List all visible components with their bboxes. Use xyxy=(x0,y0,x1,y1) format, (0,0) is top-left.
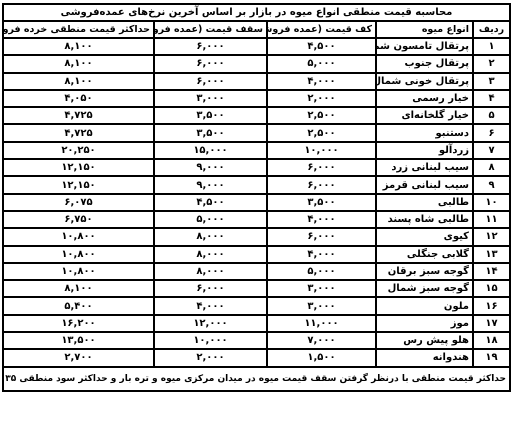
cell-ceiling-price: ۳,۵۰۰ xyxy=(154,124,267,141)
cell-max-retail-price: ۴,۰۵۰ xyxy=(3,90,154,107)
cell-max-retail-price: ۶,۷۵۰ xyxy=(3,211,154,228)
table-footnote-row: حداکثر قیمت منطقی با درنظر گرفتن سقف قیم… xyxy=(3,367,510,391)
cell-ceiling-price: ۵,۰۰۰ xyxy=(154,211,267,228)
cell-floor-price: ۴,۰۰۰ xyxy=(267,246,376,263)
cell-floor-price: ۴,۵۰۰ xyxy=(267,38,376,55)
cell-floor-price: ۶,۰۰۰ xyxy=(267,228,376,245)
cell-row-number: ۸ xyxy=(473,159,510,176)
cell-fruit-name: طالبی xyxy=(376,194,473,211)
cell-row-number: ۳ xyxy=(473,73,510,90)
cell-fruit-name: پرتقال خونی شمال xyxy=(376,73,473,90)
header-cell-max-retail-price: حداکثر قیمت منطقی خرده فروشی xyxy=(3,21,154,38)
cell-floor-price: ۴,۰۰۰ xyxy=(267,73,376,90)
cell-floor-price: ۲,۵۰۰ xyxy=(267,107,376,124)
cell-floor-price: ۳,۰۰۰ xyxy=(267,297,376,314)
price-table-body: ۱پرتقال تامسون شمال۴,۵۰۰۶,۰۰۰۸,۱۰۰۲پرتقا… xyxy=(3,38,510,367)
cell-max-retail-price: ۴,۷۲۵ xyxy=(3,107,154,124)
cell-floor-price: ۳,۵۰۰ xyxy=(267,194,376,211)
table-row: ۱پرتقال تامسون شمال۴,۵۰۰۶,۰۰۰۸,۱۰۰ xyxy=(3,38,510,55)
table-row: ۸سیب لبنانی زرد۶,۰۰۰۹,۰۰۰۱۲,۱۵۰ xyxy=(3,159,510,176)
table-row: ۱۵گوجه سبز شمال۳,۰۰۰۶,۰۰۰۸,۱۰۰ xyxy=(3,280,510,297)
cell-fruit-name: زردآلو xyxy=(376,142,473,159)
table-row: ۱۴گوجه سبز برقان۵,۰۰۰۸,۰۰۰۱۰,۸۰۰ xyxy=(3,263,510,280)
footnote: حداکثر قیمت منطقی با درنظر گرفتن سقف قیم… xyxy=(3,367,510,391)
cell-row-number: ۱۳ xyxy=(473,246,510,263)
fruit-price-table: محاسبه قیمت منطقی انواع میوه در بازار بر… xyxy=(2,3,511,392)
table-row: ۷زردآلو۱۰,۰۰۰۱۵,۰۰۰۲۰,۲۵۰ xyxy=(3,142,510,159)
table-row: ۳پرتقال خونی شمال۴,۰۰۰۶,۰۰۰۸,۱۰۰ xyxy=(3,73,510,90)
cell-max-retail-price: ۱۰,۸۰۰ xyxy=(3,228,154,245)
cell-row-number: ۱۹ xyxy=(473,349,510,366)
table-title-row: محاسبه قیمت منطقی انواع میوه در بازار بر… xyxy=(3,4,510,21)
cell-ceiling-price: ۴,۰۰۰ xyxy=(154,297,267,314)
cell-max-retail-price: ۱۲,۱۵۰ xyxy=(3,176,154,193)
cell-ceiling-price: ۸,۰۰۰ xyxy=(154,246,267,263)
cell-ceiling-price: ۶,۰۰۰ xyxy=(154,38,267,55)
cell-floor-price: ۱۰,۰۰۰ xyxy=(267,142,376,159)
header-cell-floor-price: کف قیمت (عمده فروشی) xyxy=(267,21,376,38)
cell-ceiling-price: ۱۲,۰۰۰ xyxy=(154,315,267,332)
cell-row-number: ۱۵ xyxy=(473,280,510,297)
table-row: ۹سیب لبنانی قرمز۶,۰۰۰۹,۰۰۰۱۲,۱۵۰ xyxy=(3,176,510,193)
table-row: ۱۳گلابی جنگلی۴,۰۰۰۸,۰۰۰۱۰,۸۰۰ xyxy=(3,246,510,263)
cell-max-retail-price: ۱۰,۸۰۰ xyxy=(3,263,154,280)
cell-ceiling-price: ۲,۰۰۰ xyxy=(154,349,267,366)
cell-fruit-name: پرتقال جنوب xyxy=(376,55,473,72)
cell-row-number: ۱ xyxy=(473,38,510,55)
cell-max-retail-price: ۸,۱۰۰ xyxy=(3,73,154,90)
cell-row-number: ۴ xyxy=(473,90,510,107)
cell-max-retail-price: ۶,۰۷۵ xyxy=(3,194,154,211)
cell-max-retail-price: ۱۲,۱۵۰ xyxy=(3,159,154,176)
cell-ceiling-price: ۴,۵۰۰ xyxy=(154,194,267,211)
cell-row-number: ۲ xyxy=(473,55,510,72)
cell-ceiling-price: ۸,۰۰۰ xyxy=(154,263,267,280)
cell-floor-price: ۱۱,۰۰۰ xyxy=(267,315,376,332)
cell-max-retail-price: ۸,۱۰۰ xyxy=(3,38,154,55)
cell-ceiling-price: ۱۰,۰۰۰ xyxy=(154,332,267,349)
cell-ceiling-price: ۳,۵۰۰ xyxy=(154,107,267,124)
cell-ceiling-price: ۹,۰۰۰ xyxy=(154,176,267,193)
cell-row-number: ۹ xyxy=(473,176,510,193)
cell-floor-price: ۲,۵۰۰ xyxy=(267,124,376,141)
cell-row-number: ۵ xyxy=(473,107,510,124)
table-row: ۴خیار رسمی۲,۰۰۰۳,۰۰۰۴,۰۵۰ xyxy=(3,90,510,107)
cell-fruit-name: دستنبو xyxy=(376,124,473,141)
table-row: ۱۱طالبی شاه پسند۴,۰۰۰۵,۰۰۰۶,۷۵۰ xyxy=(3,211,510,228)
cell-max-retail-price: ۸,۱۰۰ xyxy=(3,280,154,297)
fruit-price-page: محاسبه قیمت منطقی انواع میوه در بازار بر… xyxy=(0,0,513,435)
cell-max-retail-price: ۲۰,۲۵۰ xyxy=(3,142,154,159)
cell-max-retail-price: ۱۳,۵۰۰ xyxy=(3,332,154,349)
cell-fruit-name: خیار رسمی xyxy=(376,90,473,107)
cell-fruit-name: گوجه سبز شمال xyxy=(376,280,473,297)
cell-row-number: ۱۶ xyxy=(473,297,510,314)
cell-fruit-name: پرتقال تامسون شمال xyxy=(376,38,473,55)
cell-fruit-name: خیار گلخانه‌ای xyxy=(376,107,473,124)
cell-ceiling-price: ۹,۰۰۰ xyxy=(154,159,267,176)
cell-max-retail-price: ۲,۷۰۰ xyxy=(3,349,154,366)
table-row: ۱۲کیوی۶,۰۰۰۸,۰۰۰۱۰,۸۰۰ xyxy=(3,228,510,245)
cell-fruit-name: ملون xyxy=(376,297,473,314)
cell-floor-price: ۲,۰۰۰ xyxy=(267,90,376,107)
table-row: ۶دستنبو۲,۵۰۰۳,۵۰۰۴,۷۲۵ xyxy=(3,124,510,141)
cell-fruit-name: موز xyxy=(376,315,473,332)
cell-floor-price: ۵,۰۰۰ xyxy=(267,55,376,72)
cell-fruit-name: سیب لبنانی زرد xyxy=(376,159,473,176)
cell-floor-price: ۷,۰۰۰ xyxy=(267,332,376,349)
table-header-row: ردیف انواع میوه کف قیمت (عمده فروشی) سقف… xyxy=(3,21,510,38)
cell-floor-price: ۱,۵۰۰ xyxy=(267,349,376,366)
table-row: ۲پرتقال جنوب۵,۰۰۰۶,۰۰۰۸,۱۰۰ xyxy=(3,55,510,72)
cell-floor-price: ۴,۰۰۰ xyxy=(267,211,376,228)
cell-fruit-name: هلو پیش رس xyxy=(376,332,473,349)
cell-fruit-name: کیوی xyxy=(376,228,473,245)
table-row: ۱۰طالبی۳,۵۰۰۴,۵۰۰۶,۰۷۵ xyxy=(3,194,510,211)
cell-row-number: ۶ xyxy=(473,124,510,141)
cell-max-retail-price: ۵,۴۰۰ xyxy=(3,297,154,314)
cell-floor-price: ۵,۰۰۰ xyxy=(267,263,376,280)
cell-row-number: ۱۴ xyxy=(473,263,510,280)
table-row: ۵خیار گلخانه‌ای۲,۵۰۰۳,۵۰۰۴,۷۲۵ xyxy=(3,107,510,124)
table-row: ۱۶ملون۳,۰۰۰۴,۰۰۰۵,۴۰۰ xyxy=(3,297,510,314)
cell-row-number: ۱۲ xyxy=(473,228,510,245)
cell-row-number: ۱۸ xyxy=(473,332,510,349)
cell-ceiling-price: ۶,۰۰۰ xyxy=(154,280,267,297)
cell-ceiling-price: ۱۵,۰۰۰ xyxy=(154,142,267,159)
header-cell-fruit-type: انواع میوه xyxy=(376,21,473,38)
cell-fruit-name: هندوانه xyxy=(376,349,473,366)
cell-max-retail-price: ۱۰,۸۰۰ xyxy=(3,246,154,263)
table-row: ۱۸هلو پیش رس۷,۰۰۰۱۰,۰۰۰۱۳,۵۰۰ xyxy=(3,332,510,349)
cell-fruit-name: گلابی جنگلی xyxy=(376,246,473,263)
cell-fruit-name: سیب لبنانی قرمز xyxy=(376,176,473,193)
cell-fruit-name: گوجه سبز برقان xyxy=(376,263,473,280)
cell-max-retail-price: ۸,۱۰۰ xyxy=(3,55,154,72)
cell-row-number: ۷ xyxy=(473,142,510,159)
header-cell-row-number: ردیف xyxy=(473,21,510,38)
table-row: ۱۹هندوانه۱,۵۰۰۲,۰۰۰۲,۷۰۰ xyxy=(3,349,510,366)
cell-ceiling-price: ۳,۰۰۰ xyxy=(154,90,267,107)
cell-floor-price: ۶,۰۰۰ xyxy=(267,176,376,193)
header-cell-ceiling-price: سقف قیمت (عمده فروشی) xyxy=(154,21,267,38)
cell-max-retail-price: ۴,۷۲۵ xyxy=(3,124,154,141)
cell-floor-price: ۶,۰۰۰ xyxy=(267,159,376,176)
cell-max-retail-price: ۱۶,۲۰۰ xyxy=(3,315,154,332)
cell-row-number: ۱۷ xyxy=(473,315,510,332)
table-row: ۱۷موز۱۱,۰۰۰۱۲,۰۰۰۱۶,۲۰۰ xyxy=(3,315,510,332)
page-title: محاسبه قیمت منطقی انواع میوه در بازار بر… xyxy=(3,4,510,21)
cell-floor-price: ۳,۰۰۰ xyxy=(267,280,376,297)
cell-row-number: ۱۰ xyxy=(473,194,510,211)
cell-fruit-name: طالبی شاه پسند xyxy=(376,211,473,228)
cell-ceiling-price: ۶,۰۰۰ xyxy=(154,73,267,90)
cell-row-number: ۱۱ xyxy=(473,211,510,228)
cell-ceiling-price: ۸,۰۰۰ xyxy=(154,228,267,245)
cell-ceiling-price: ۶,۰۰۰ xyxy=(154,55,267,72)
